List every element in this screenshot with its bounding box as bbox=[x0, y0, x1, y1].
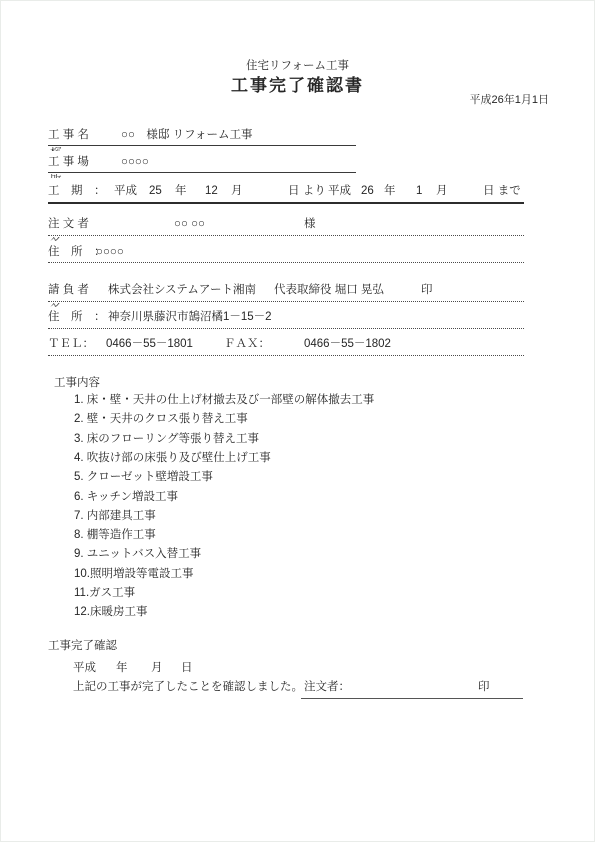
contractor-address-dotted-underline bbox=[48, 328, 524, 329]
document-page: 住宅リフォーム工事 工事完了確認書 平成26年1月1日 工 事 名 ○○ 様邸 … bbox=[0, 0, 595, 842]
contractor-seal-mark: 印 bbox=[421, 283, 433, 298]
work-period-to-year-unit: 年 bbox=[384, 184, 396, 199]
contractor-address-label: 住 所 ： bbox=[48, 310, 106, 325]
work-item-12: 12.床暖房工事 bbox=[74, 605, 148, 620]
work-name-clipped-char: 称 bbox=[50, 147, 64, 151]
contractor-company: 株式会社システムアート湘南 bbox=[108, 283, 256, 298]
contractor-address-value: 神奈川県藤沢市鵠沼橘1－15－2 bbox=[108, 310, 272, 325]
work-period-label: 工 期 ： bbox=[48, 184, 106, 199]
completion-heading: 工事完了確認 bbox=[48, 637, 117, 653]
work-item-4: 4. 吹抜け部の床張り及び壁仕上げ工事 bbox=[74, 451, 271, 466]
orderer-dotted-underline bbox=[48, 235, 524, 236]
work-period-underline bbox=[48, 202, 524, 204]
work-item-5: 5. クローゼット壁増設工事 bbox=[74, 470, 213, 485]
work-period-to-day: 日 まで bbox=[483, 184, 521, 199]
completion-orderer-label: 注文者： bbox=[304, 680, 350, 695]
contractor-representative: 代表取締役 堀口 晃弘 bbox=[274, 283, 384, 298]
work-name-underline bbox=[48, 145, 356, 146]
orderer-honorific: 様 bbox=[304, 217, 316, 232]
work-item-10: 10.照明増設等電設工事 bbox=[74, 567, 194, 582]
work-item-7: 7. 内部建具工事 bbox=[74, 509, 156, 524]
fax-label: ＦＡＸ： bbox=[224, 337, 270, 352]
tel-label: ＴＥＬ： bbox=[48, 337, 94, 352]
work-site-label: 工 事 場 bbox=[48, 155, 89, 170]
work-name-label: 工 事 名 bbox=[48, 128, 89, 143]
work-period-from-year: 25 bbox=[149, 184, 162, 199]
work-item-6: 6. キッチン増設工事 bbox=[74, 490, 178, 505]
work-name-value: ○○ 様邸 リフォーム工事 bbox=[121, 128, 253, 143]
work-period-from-era: 平成 bbox=[114, 184, 137, 199]
work-period-from-day: 日 より bbox=[288, 184, 326, 199]
completion-signature-underline bbox=[301, 698, 523, 699]
completion-seal-mark: 印 bbox=[478, 680, 490, 695]
tel-fax-dotted-underline bbox=[48, 355, 524, 356]
work-item-3: 3. 床のフローリング等張り替え工事 bbox=[74, 432, 259, 447]
work-period-to-era: 平成 bbox=[328, 184, 351, 199]
contractor-clipped-char: 名 bbox=[50, 303, 64, 307]
work-period-from-year-unit: 年 bbox=[175, 184, 187, 199]
work-period-to-year: 26 bbox=[361, 184, 374, 199]
work-period-to-month: 1 bbox=[416, 184, 422, 199]
work-site-value: ○○○○ bbox=[121, 155, 149, 170]
fax-value: 0466－55－1802 bbox=[304, 337, 391, 352]
completion-statement: 上記の工事が完了したことを確認しました。 bbox=[73, 680, 303, 695]
completion-month-unit: 月 bbox=[151, 661, 163, 676]
work-details-heading: 工事内容 bbox=[54, 374, 100, 390]
doc-date: 平成26年1月1日 bbox=[470, 91, 549, 107]
tel-value: 0466－55－1801 bbox=[106, 337, 193, 352]
work-period-to-month-unit: 月 bbox=[436, 184, 448, 199]
completion-era: 平成 bbox=[73, 661, 96, 676]
orderer-label: 注 文 者 bbox=[48, 217, 89, 232]
orderer-clipped-char: 名 bbox=[50, 237, 64, 241]
contractor-dotted-underline bbox=[48, 301, 524, 302]
work-item-11: 11.ガス工事 bbox=[74, 586, 135, 601]
work-item-1: 1. 床・壁・天井の仕上げ材撤去及び一部壁の解体撤去工事 bbox=[74, 393, 374, 408]
work-period-from-month: 12 bbox=[205, 184, 218, 199]
work-item-9: 9. ユニットバス入替工事 bbox=[74, 547, 201, 562]
work-period-from-month-unit: 月 bbox=[231, 184, 243, 199]
orderer-value: ○○ ○○ bbox=[174, 217, 205, 232]
work-site-clipped-char: 所 bbox=[50, 174, 64, 178]
orderer-address-dotted-underline bbox=[48, 262, 524, 263]
work-site-underline bbox=[48, 172, 356, 173]
work-item-8: 8. 棚等造作工事 bbox=[74, 528, 156, 543]
contractor-label: 請 負 者 bbox=[48, 283, 89, 298]
work-item-2: 2. 壁・天井のクロス張り替え工事 bbox=[74, 412, 248, 427]
completion-day-unit: 日 bbox=[181, 661, 193, 676]
orderer-address-value: ○○○○ bbox=[96, 245, 124, 260]
completion-year-unit: 年 bbox=[116, 661, 128, 676]
